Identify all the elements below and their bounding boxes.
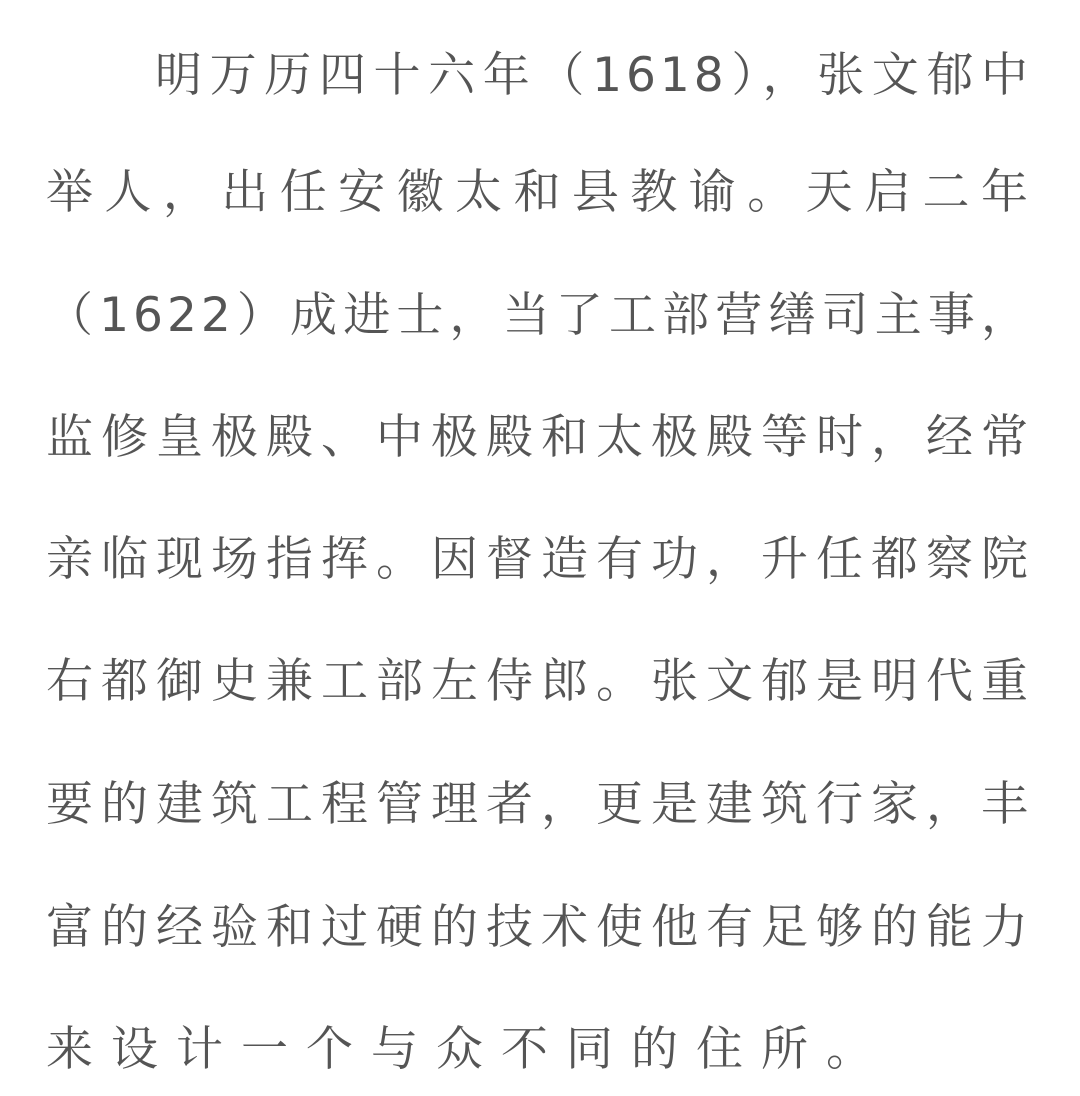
- paragraph-line: 举人，出任安徽太和县教谕。天启二年: [46, 163, 1032, 223]
- paragraph-line: （1622）成进士，当了工部营缮司主事，: [46, 286, 1032, 346]
- paragraph-line: 来设计一个与众不同的住所。: [46, 1020, 1032, 1080]
- paragraph-line: 右都御史兼工部左侍郎。张文郁是明代重: [46, 652, 1032, 712]
- paragraph-line: 监修皇极殿、中极殿和太极殿等时，经常: [46, 408, 1032, 468]
- paragraph-line: 明万历四十六年（1618），张文郁中: [155, 46, 1032, 106]
- paragraph-line: 要的建筑工程管理者，更是建筑行家，丰: [46, 775, 1032, 835]
- paragraph-line: 富的经验和过硬的技术使他有足够的能力: [46, 898, 1032, 958]
- paragraph-line: 亲临现场指挥。因督造有功，升任都察院: [46, 530, 1032, 590]
